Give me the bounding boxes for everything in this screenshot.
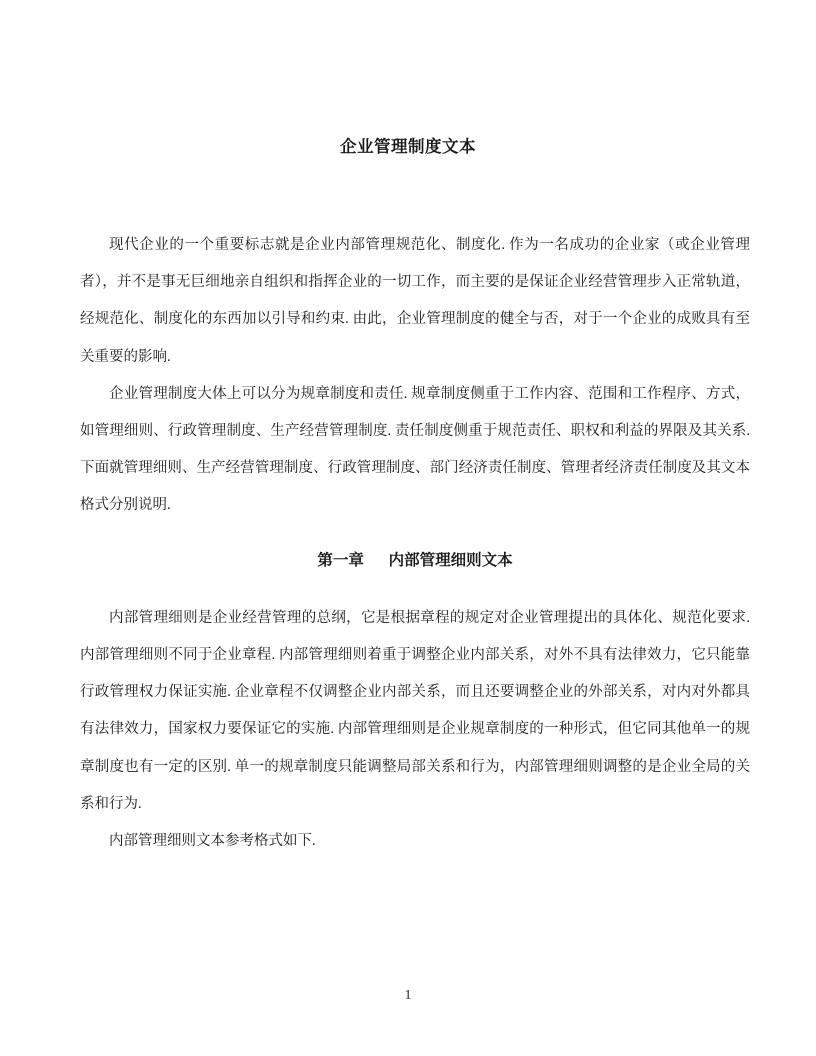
chapter-paragraph-1: 内部管理细则是企业经营管理的总纲，它是根据章程的规定对企业管理提出的具体化、规范… [80, 600, 750, 823]
document-page: 企业管理制度文本 现代企业的一个重要标志就是企业内部管理规范化、制度化. 作为一… [0, 0, 816, 1056]
document-title: 企业管理制度文本 [0, 133, 816, 157]
chapter-paragraph-2: 内部管理细则文本参考格式如下. [80, 823, 750, 860]
intro-paragraph-2: 企业管理制度大体上可以分为规章制度和责任. 规章制度侧重于工作内容、范围和工作程… [80, 376, 750, 525]
chapter-number: 第一章 [317, 552, 364, 569]
page-number: 1 [0, 988, 816, 1004]
chapter-heading: 第一章内部管理细则文本 [80, 542, 750, 579]
chapter-title: 内部管理细则文本 [389, 552, 513, 569]
document-body: 现代企业的一个重要标志就是企业内部管理规范化、制度化. 作为一名成功的企业家（或… [80, 227, 750, 860]
intro-paragraph-1: 现代企业的一个重要标志就是企业内部管理规范化、制度化. 作为一名成功的企业家（或… [80, 227, 750, 376]
